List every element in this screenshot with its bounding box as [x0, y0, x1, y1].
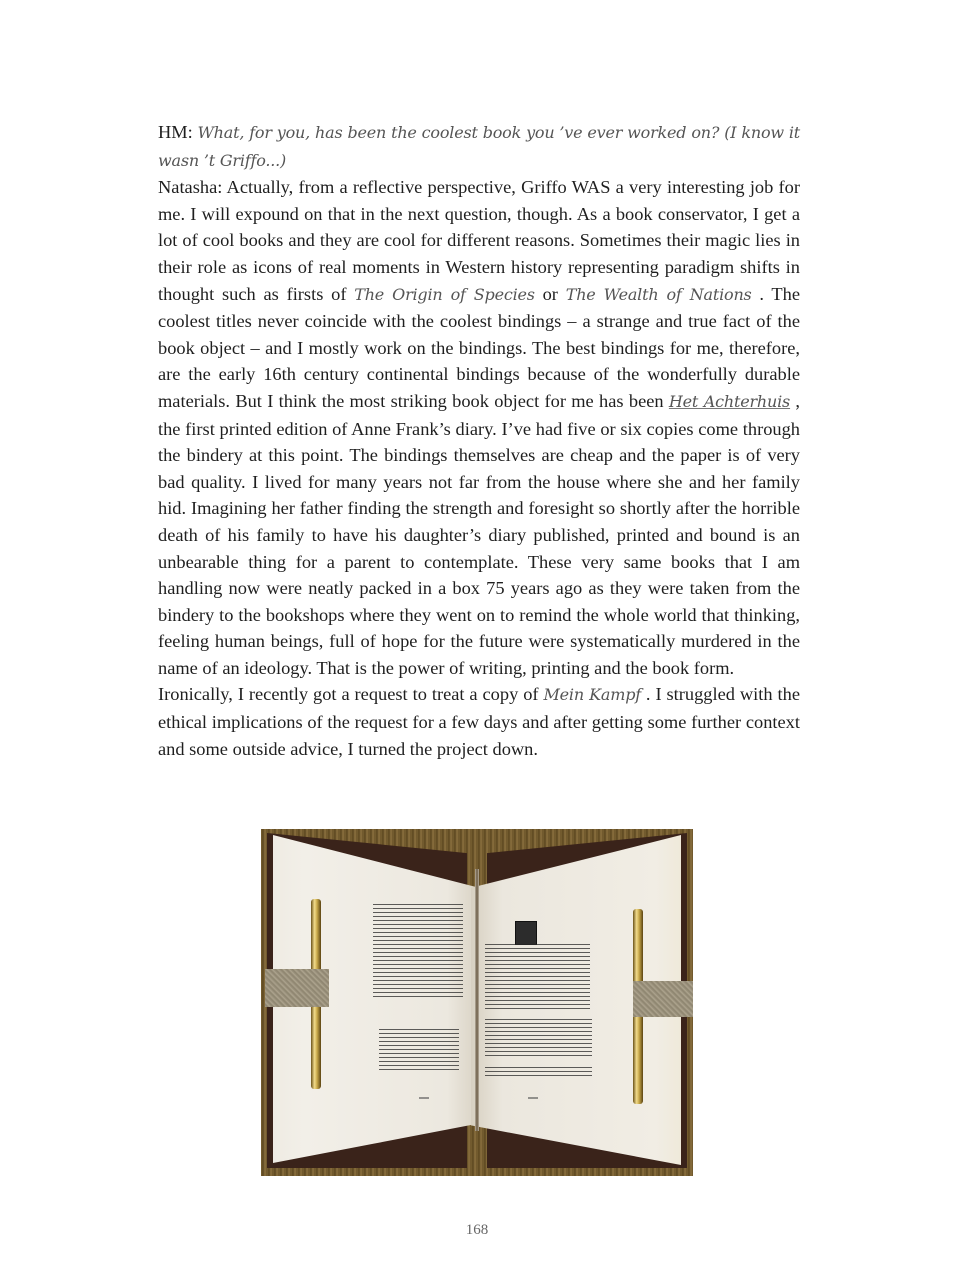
- book-title-wealth-of-nations: The Wealth of Nations: [566, 285, 752, 304]
- cloth-strap-right: [633, 981, 693, 1017]
- cloth-strap-left: [265, 969, 329, 1007]
- book-title-mein-kampf: Mein Kampf: [543, 685, 641, 704]
- printed-text-block: [485, 1067, 592, 1079]
- answer-paragraph-2: Ironically, I recently got a request to …: [158, 681, 800, 762]
- interview-text: HM: What, for you, has been the coolest …: [158, 119, 800, 762]
- printed-text-block: [485, 944, 590, 1010]
- open-book-photo: [261, 829, 693, 1176]
- printed-text-block: [379, 1029, 459, 1071]
- illuminated-initial: [515, 921, 537, 945]
- het-achterhuis-link[interactable]: Het Achterhuis: [669, 392, 790, 411]
- question-text: What, for you, has been the coolest book…: [158, 123, 800, 170]
- question-paragraph: HM: What, for you, has been the coolest …: [158, 119, 800, 174]
- question-speaker: HM:: [158, 122, 193, 142]
- answer-text: or: [535, 284, 566, 304]
- book-title-origin-of-species: The Origin of Species: [354, 285, 535, 304]
- document-page: HM: What, for you, has been the coolest …: [0, 0, 954, 1276]
- printed-text-block: [373, 904, 463, 999]
- answer-text: , the first printed edition of Anne Fran…: [158, 391, 800, 678]
- folio-right: [528, 1097, 538, 1099]
- answer-paragraph: Natasha: Actually, from a reflective per…: [158, 174, 800, 681]
- folio-left: [419, 1097, 429, 1099]
- book-gutter: [475, 869, 479, 1131]
- answer-text: Ironically, I recently got a request to …: [158, 684, 543, 704]
- page-number: 168: [0, 1222, 954, 1239]
- answer-speaker: Natasha:: [158, 177, 222, 197]
- printed-text-block: [485, 1019, 592, 1059]
